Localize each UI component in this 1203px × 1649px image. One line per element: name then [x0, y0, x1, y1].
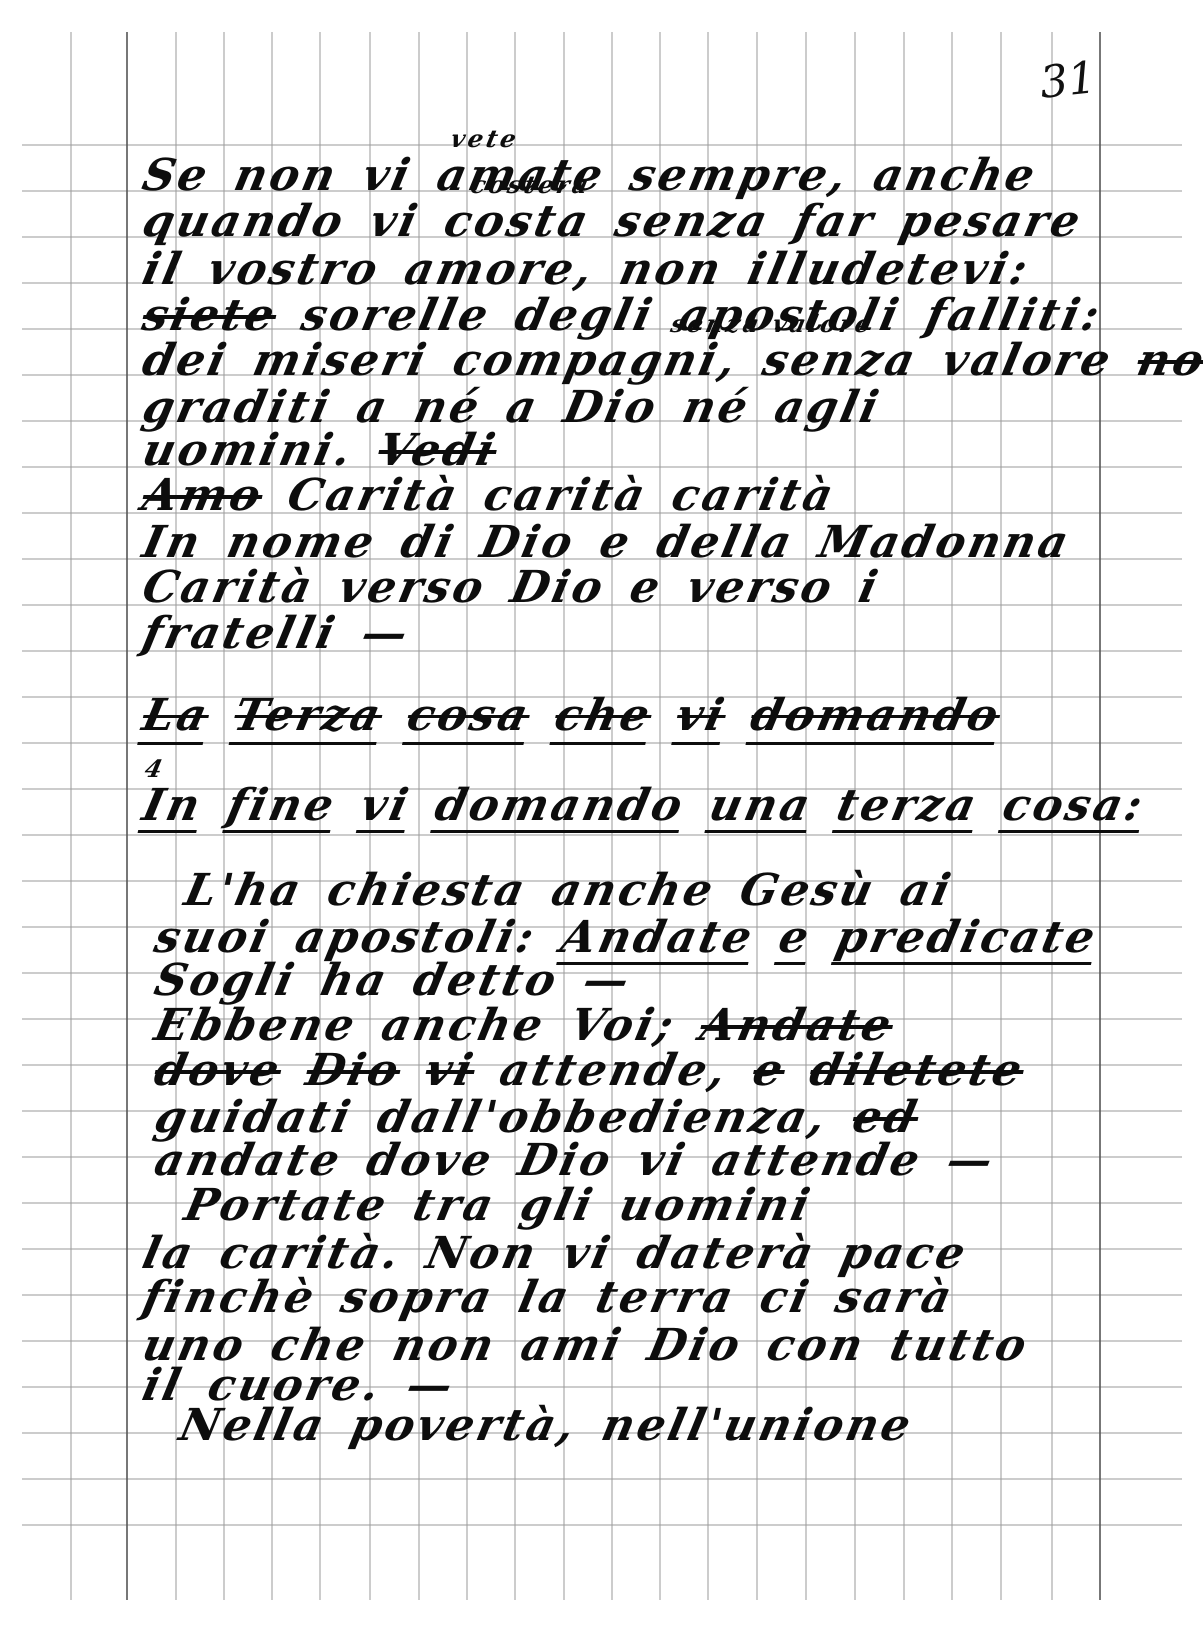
word: la: [514, 1272, 576, 1323]
word: domando: [746, 690, 1005, 741]
word: Portate: [180, 1180, 393, 1231]
word: vi: [633, 1135, 692, 1186]
word: Sogli: [150, 955, 301, 1006]
word: Carità: [138, 562, 319, 613]
word: ai: [896, 865, 958, 916]
handwritten-line: CaritàversoDioeversoi: [138, 562, 911, 613]
word: Dio: [302, 1045, 406, 1096]
word: compagni,: [448, 335, 743, 386]
word: tutto: [886, 1320, 1034, 1371]
word: cosa: [403, 690, 535, 741]
word: anche: [869, 150, 1042, 201]
word: terza: [832, 780, 983, 831]
word: tra: [409, 1180, 501, 1231]
word: La: [138, 690, 214, 741]
word: sempre,: [625, 150, 853, 201]
insertion-note: senza valore: [668, 309, 876, 338]
word: né: [678, 382, 755, 433]
word: carità: [667, 470, 840, 521]
word: Gesù: [735, 865, 880, 916]
word: siete: [138, 290, 282, 341]
word: terra: [591, 1272, 740, 1323]
word: anche: [377, 1000, 550, 1051]
word: uomini.: [138, 425, 358, 476]
word: diletete: [805, 1045, 1029, 1096]
word: senza: [610, 196, 774, 247]
word: e: [748, 1045, 790, 1096]
word: Andate: [696, 1000, 899, 1051]
word: quando: [138, 196, 350, 247]
word: finchè: [138, 1272, 321, 1323]
word: vi: [672, 690, 731, 741]
word: Dio: [514, 1135, 618, 1186]
word: non: [1133, 335, 1203, 386]
word: sopra: [336, 1272, 498, 1323]
word: —: [579, 955, 637, 1006]
word: che: [550, 690, 657, 741]
page-number: 31: [1037, 52, 1098, 109]
word: pesare: [895, 196, 1087, 247]
insertion-note: costerà: [468, 170, 594, 199]
word: Voi;: [565, 1000, 680, 1051]
word: attende: [707, 1135, 927, 1186]
word: L'ha: [180, 865, 308, 916]
word: nell'unione: [597, 1400, 918, 1451]
word: gli: [516, 1180, 600, 1231]
handwritten-line: fratelli—: [138, 608, 441, 659]
insertion-note: vete: [448, 124, 522, 153]
word: Ebbene: [150, 1000, 362, 1051]
word: vi: [421, 1045, 480, 1096]
word: miseri: [248, 335, 433, 386]
handwritten-line: AmoCaritàcaritàcarità: [138, 470, 866, 521]
word: con: [762, 1320, 870, 1371]
word: verso: [334, 562, 491, 613]
word: Vedi: [374, 425, 502, 476]
word: verso: [682, 562, 839, 613]
word: vi: [356, 780, 415, 831]
handwritten-line: LaTerzacosachevidomando: [138, 690, 1031, 741]
word: vi: [365, 196, 424, 247]
word: vi: [358, 150, 417, 201]
word: Dio: [506, 562, 610, 613]
word: illudetevi:: [743, 244, 1035, 295]
word: degli: [511, 290, 660, 341]
word: vostro: [203, 244, 384, 295]
word: ami: [516, 1320, 628, 1371]
word: dove: [362, 1135, 499, 1186]
word: e: [595, 517, 637, 568]
word: della: [652, 517, 799, 568]
word: anche: [547, 865, 720, 916]
word: fine: [223, 780, 341, 831]
word: domando: [431, 780, 690, 831]
handwritten-line: Senonviamatesempre,anchevete: [138, 150, 1068, 201]
word: predicate: [831, 912, 1102, 963]
word: In: [138, 780, 207, 831]
handwritten-line: EbbeneancheVoi;Andate: [150, 1000, 924, 1051]
handwritten-line: doveDioviattende,ediletete: [150, 1045, 1055, 1096]
handwritten-line: sietesorelledegliapostolifalliti:: [138, 290, 1133, 341]
handwritten-line: L'hachiestaancheGesùai: [180, 865, 984, 916]
word: Dio: [559, 382, 663, 433]
word: detto: [409, 955, 564, 1006]
word: Nella: [175, 1400, 331, 1451]
word: Se: [138, 150, 215, 201]
handwritten-line: Infinevidomandounaterzacosa:4: [138, 780, 1176, 831]
word: Dio: [643, 1320, 747, 1371]
handwritten-line: Soglihadetto—: [150, 955, 662, 1006]
word: di: [396, 517, 460, 568]
word: povertà,: [346, 1400, 582, 1451]
word: far: [790, 196, 880, 247]
word: Terza: [229, 690, 387, 741]
word: costa: [440, 196, 596, 247]
handwritten-line: Portatetragliuomini: [180, 1180, 843, 1231]
word: Madonna: [814, 517, 1076, 568]
word: amore,: [400, 244, 600, 295]
word: senza: [758, 335, 922, 386]
word: e: [774, 912, 816, 963]
handwritten-line: quandovicostasenzafarpesarecosterà: [138, 196, 1113, 247]
handwritten-line: Nellapovertà,nell'unione: [175, 1400, 944, 1451]
word: attende,: [495, 1045, 733, 1096]
word: —: [942, 1135, 1000, 1186]
handwritten-line: andatedoveDioviattende—: [150, 1135, 1026, 1186]
word: ci: [755, 1272, 815, 1323]
word: falliti:: [921, 290, 1107, 341]
word: nome: [223, 517, 382, 568]
word: fratelli: [138, 608, 342, 659]
word: valore: [937, 335, 1117, 386]
word: ha: [316, 955, 393, 1006]
word: andate: [150, 1135, 347, 1186]
word: cosa:: [998, 780, 1150, 831]
handwritten-line: ilvostroamore,nonilludetevi:: [138, 244, 1061, 295]
word: non: [615, 244, 728, 295]
word: uomini: [615, 1180, 817, 1231]
word: dove: [150, 1045, 287, 1096]
word: In: [138, 517, 207, 568]
word: chiesta: [323, 865, 532, 916]
word: i: [854, 562, 885, 613]
handwritten-line: finchèsopralaterracisarà: [138, 1272, 985, 1323]
word: —: [357, 608, 415, 659]
word: e: [625, 562, 667, 613]
word: Carità: [283, 470, 464, 521]
word: sarà: [831, 1272, 959, 1323]
word: agli: [770, 382, 886, 433]
word: una: [705, 780, 817, 831]
word: dei: [138, 335, 233, 386]
word: Dio: [476, 517, 580, 568]
handwritten-line: InnomediDioedellaMadonna: [138, 517, 1102, 568]
word: Amo: [138, 470, 268, 521]
handwritten-line: deimisericompagni,senzavalorenonsenza va…: [138, 335, 1203, 386]
word: carità: [479, 470, 652, 521]
word: sorelle: [297, 290, 496, 341]
word: non: [230, 150, 343, 201]
handwritten-line: uomini.Vedi: [138, 425, 528, 476]
